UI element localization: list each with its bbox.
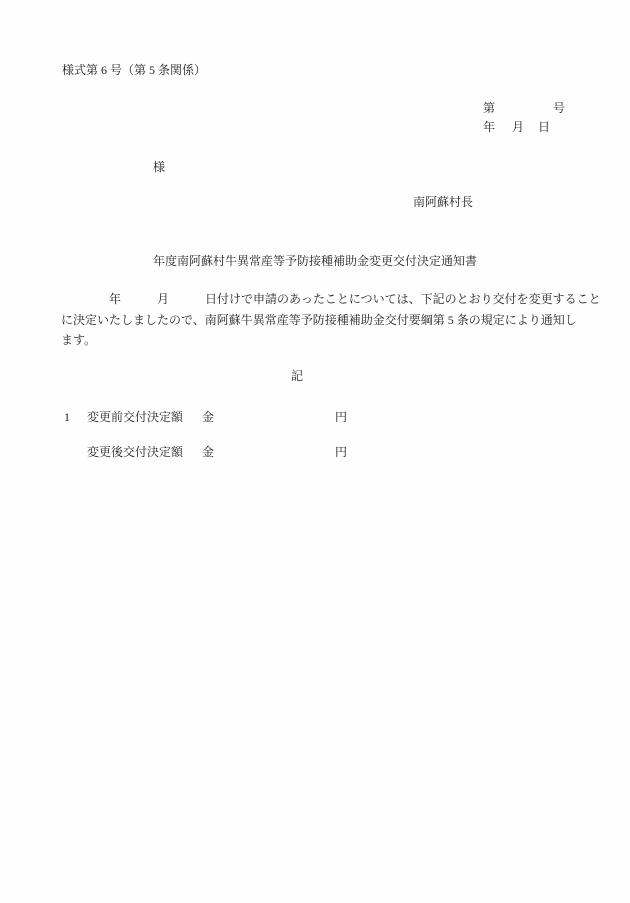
addressee-honorific: 様 <box>153 161 165 174</box>
body-line-1: 年 月 日付けで申請のあったことについては、下記のとおり交付を変更すること <box>61 289 601 310</box>
amount-suffix-label: 円 <box>335 411 347 424</box>
item-label-after-change: 変更後交付決定額 <box>87 446 183 459</box>
amount-prefix-label: 金 <box>202 446 214 459</box>
amount-suffix-label: 円 <box>335 446 347 459</box>
date-year-label: 年 <box>483 121 495 134</box>
doc-number-prefix-label: 第 <box>483 102 495 115</box>
date-month-label: 月 <box>512 121 524 134</box>
body-paragraph: 年 月 日付けで申請のあったことについては、下記のとおり交付を変更すること に決… <box>61 289 601 351</box>
date-day-label: 日 <box>538 121 550 134</box>
item-row-after-change: 変更後交付決定額 金 円 <box>0 446 630 460</box>
doc-number-suffix-label: 号 <box>553 102 565 115</box>
body-line-3: ます。 <box>61 330 601 351</box>
sender-title: 南阿蘇村長 <box>413 196 473 209</box>
document-page: 様式第 6 号（第 5 条関係） 第 号 年 月 日 様 南阿蘇村長 年度南阿蘇… <box>0 0 630 903</box>
form-number: 様式第 6 号（第 5 条関係） <box>62 64 206 77</box>
document-title: 年度南阿蘇村牛異常産等予防接種補助金変更交付決定通知書 <box>0 254 630 268</box>
body-line-2: に決定いたしましたので、南阿蘇牛異常産等予防接種補助金交付要綱第 5 条の規定に… <box>61 310 601 331</box>
record-marker: 記 <box>291 370 303 383</box>
item-row-before-change: 1 変更前交付決定額 金 円 <box>0 411 630 425</box>
item-number: 1 <box>64 411 70 424</box>
item-label-before-change: 変更前交付決定額 <box>87 411 183 424</box>
amount-prefix-label: 金 <box>202 411 214 424</box>
